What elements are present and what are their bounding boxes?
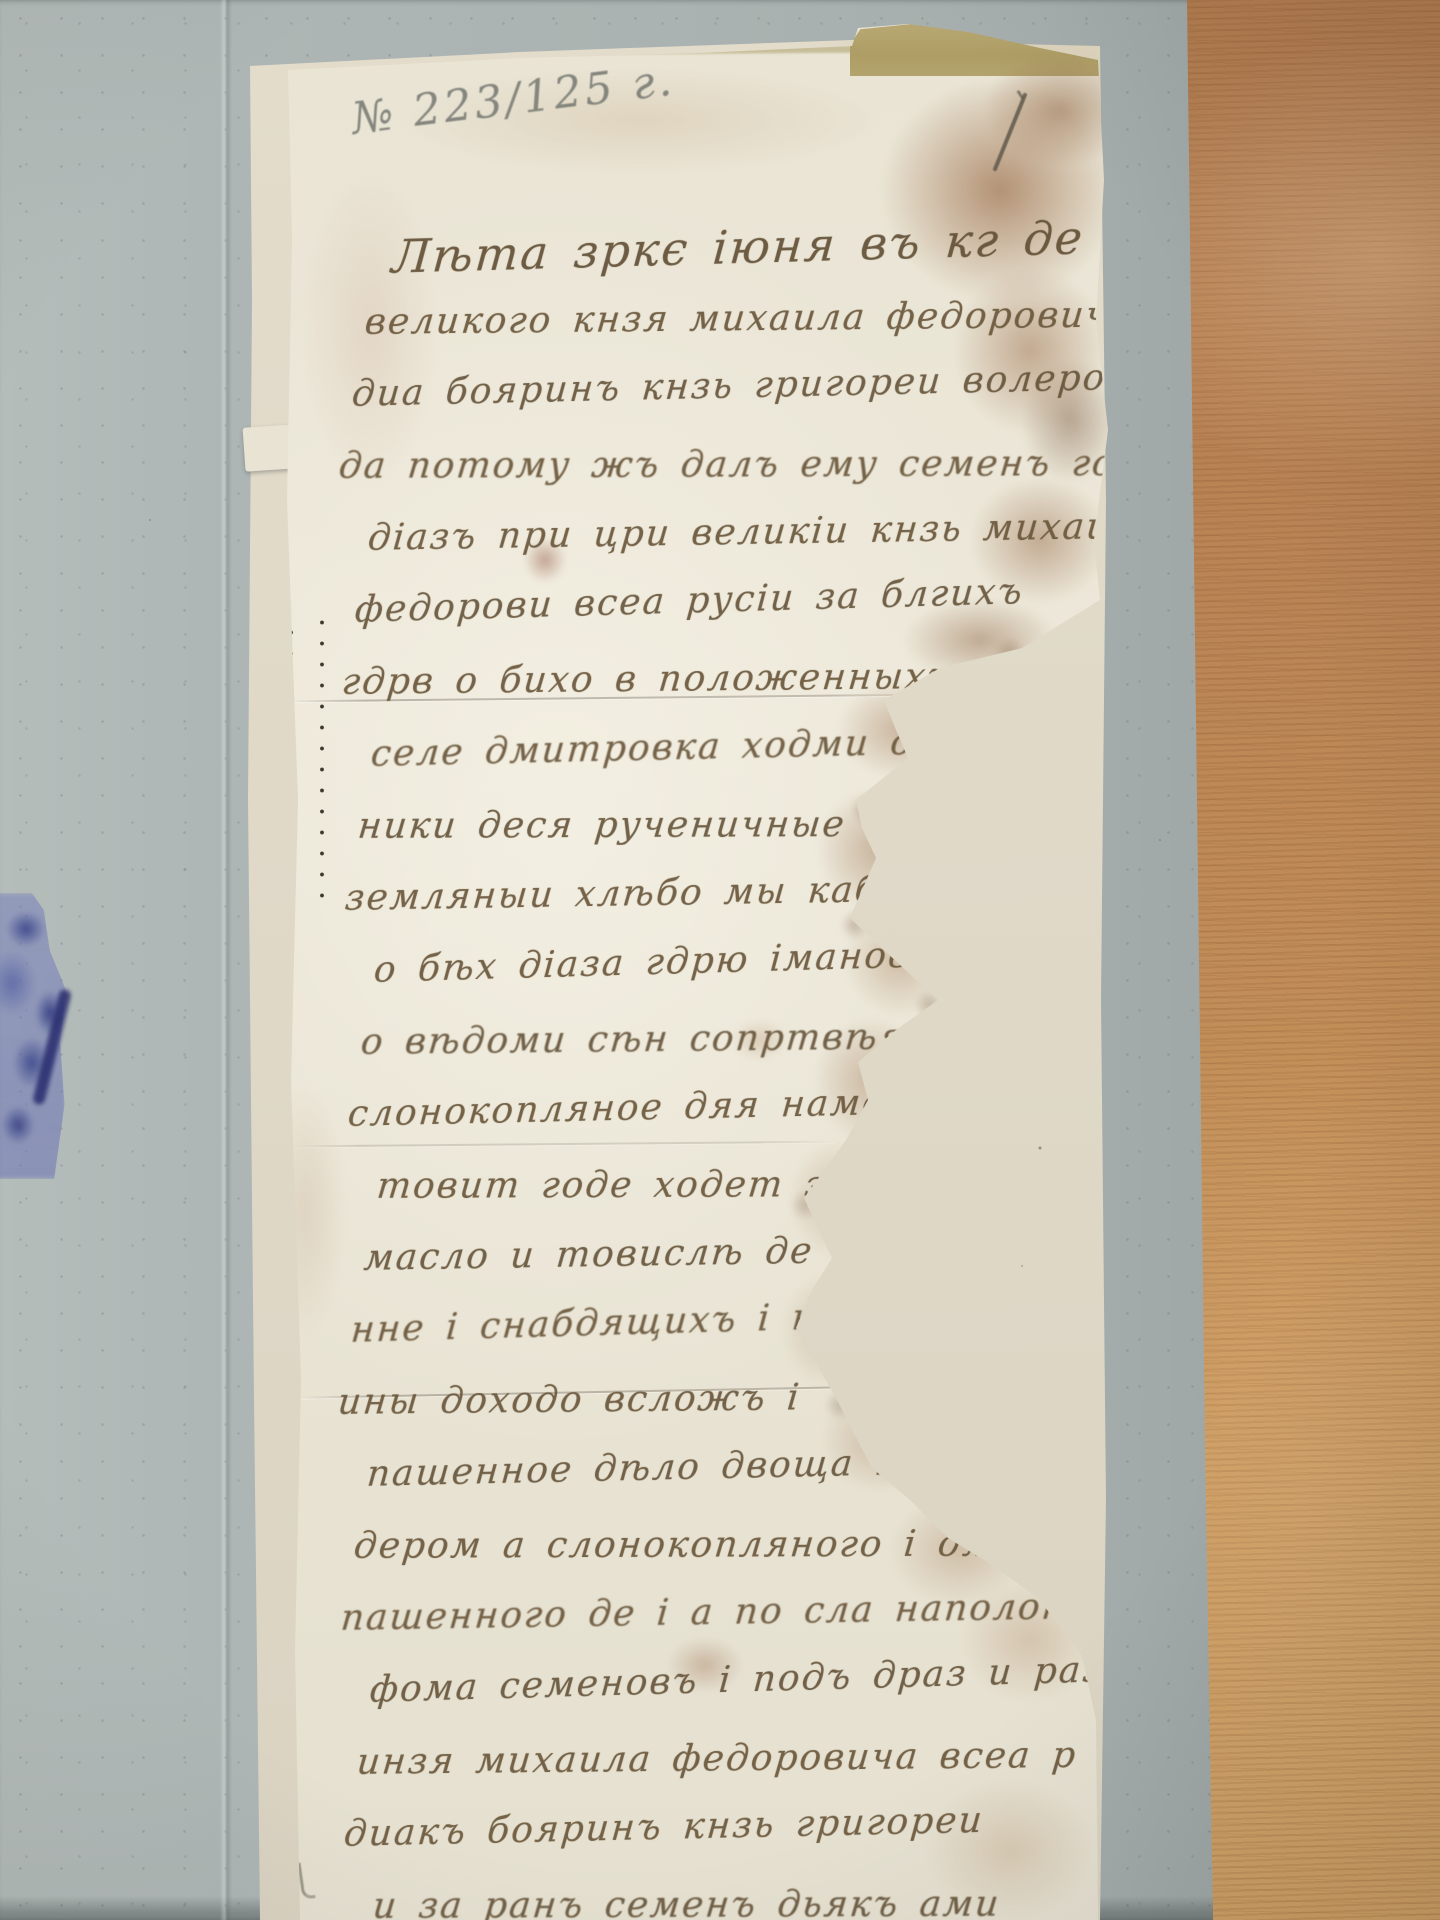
sewing-holes-column <box>319 612 325 912</box>
manuscript-line: инзя михаила федоровича всеа р <box>355 1735 1079 1783</box>
photo-scene: Лѣта зркє іюня въ кг де повеликого кнзя … <box>0 0 1440 1920</box>
manuscript-line: дером а слонокопляного і для <box>352 1524 1016 1567</box>
manuscript-line: ники деся рученичные дес <box>356 804 939 847</box>
manuscript-line: ины доходо всложъ і <box>336 1378 803 1423</box>
manuscript-line: да потому жъ далъ ему семенъ голови <box>337 443 1215 487</box>
manuscript-line: и за ранъ семенъ дьякъ ами <box>371 1884 1002 1920</box>
folder-fold-line <box>220 0 232 1920</box>
